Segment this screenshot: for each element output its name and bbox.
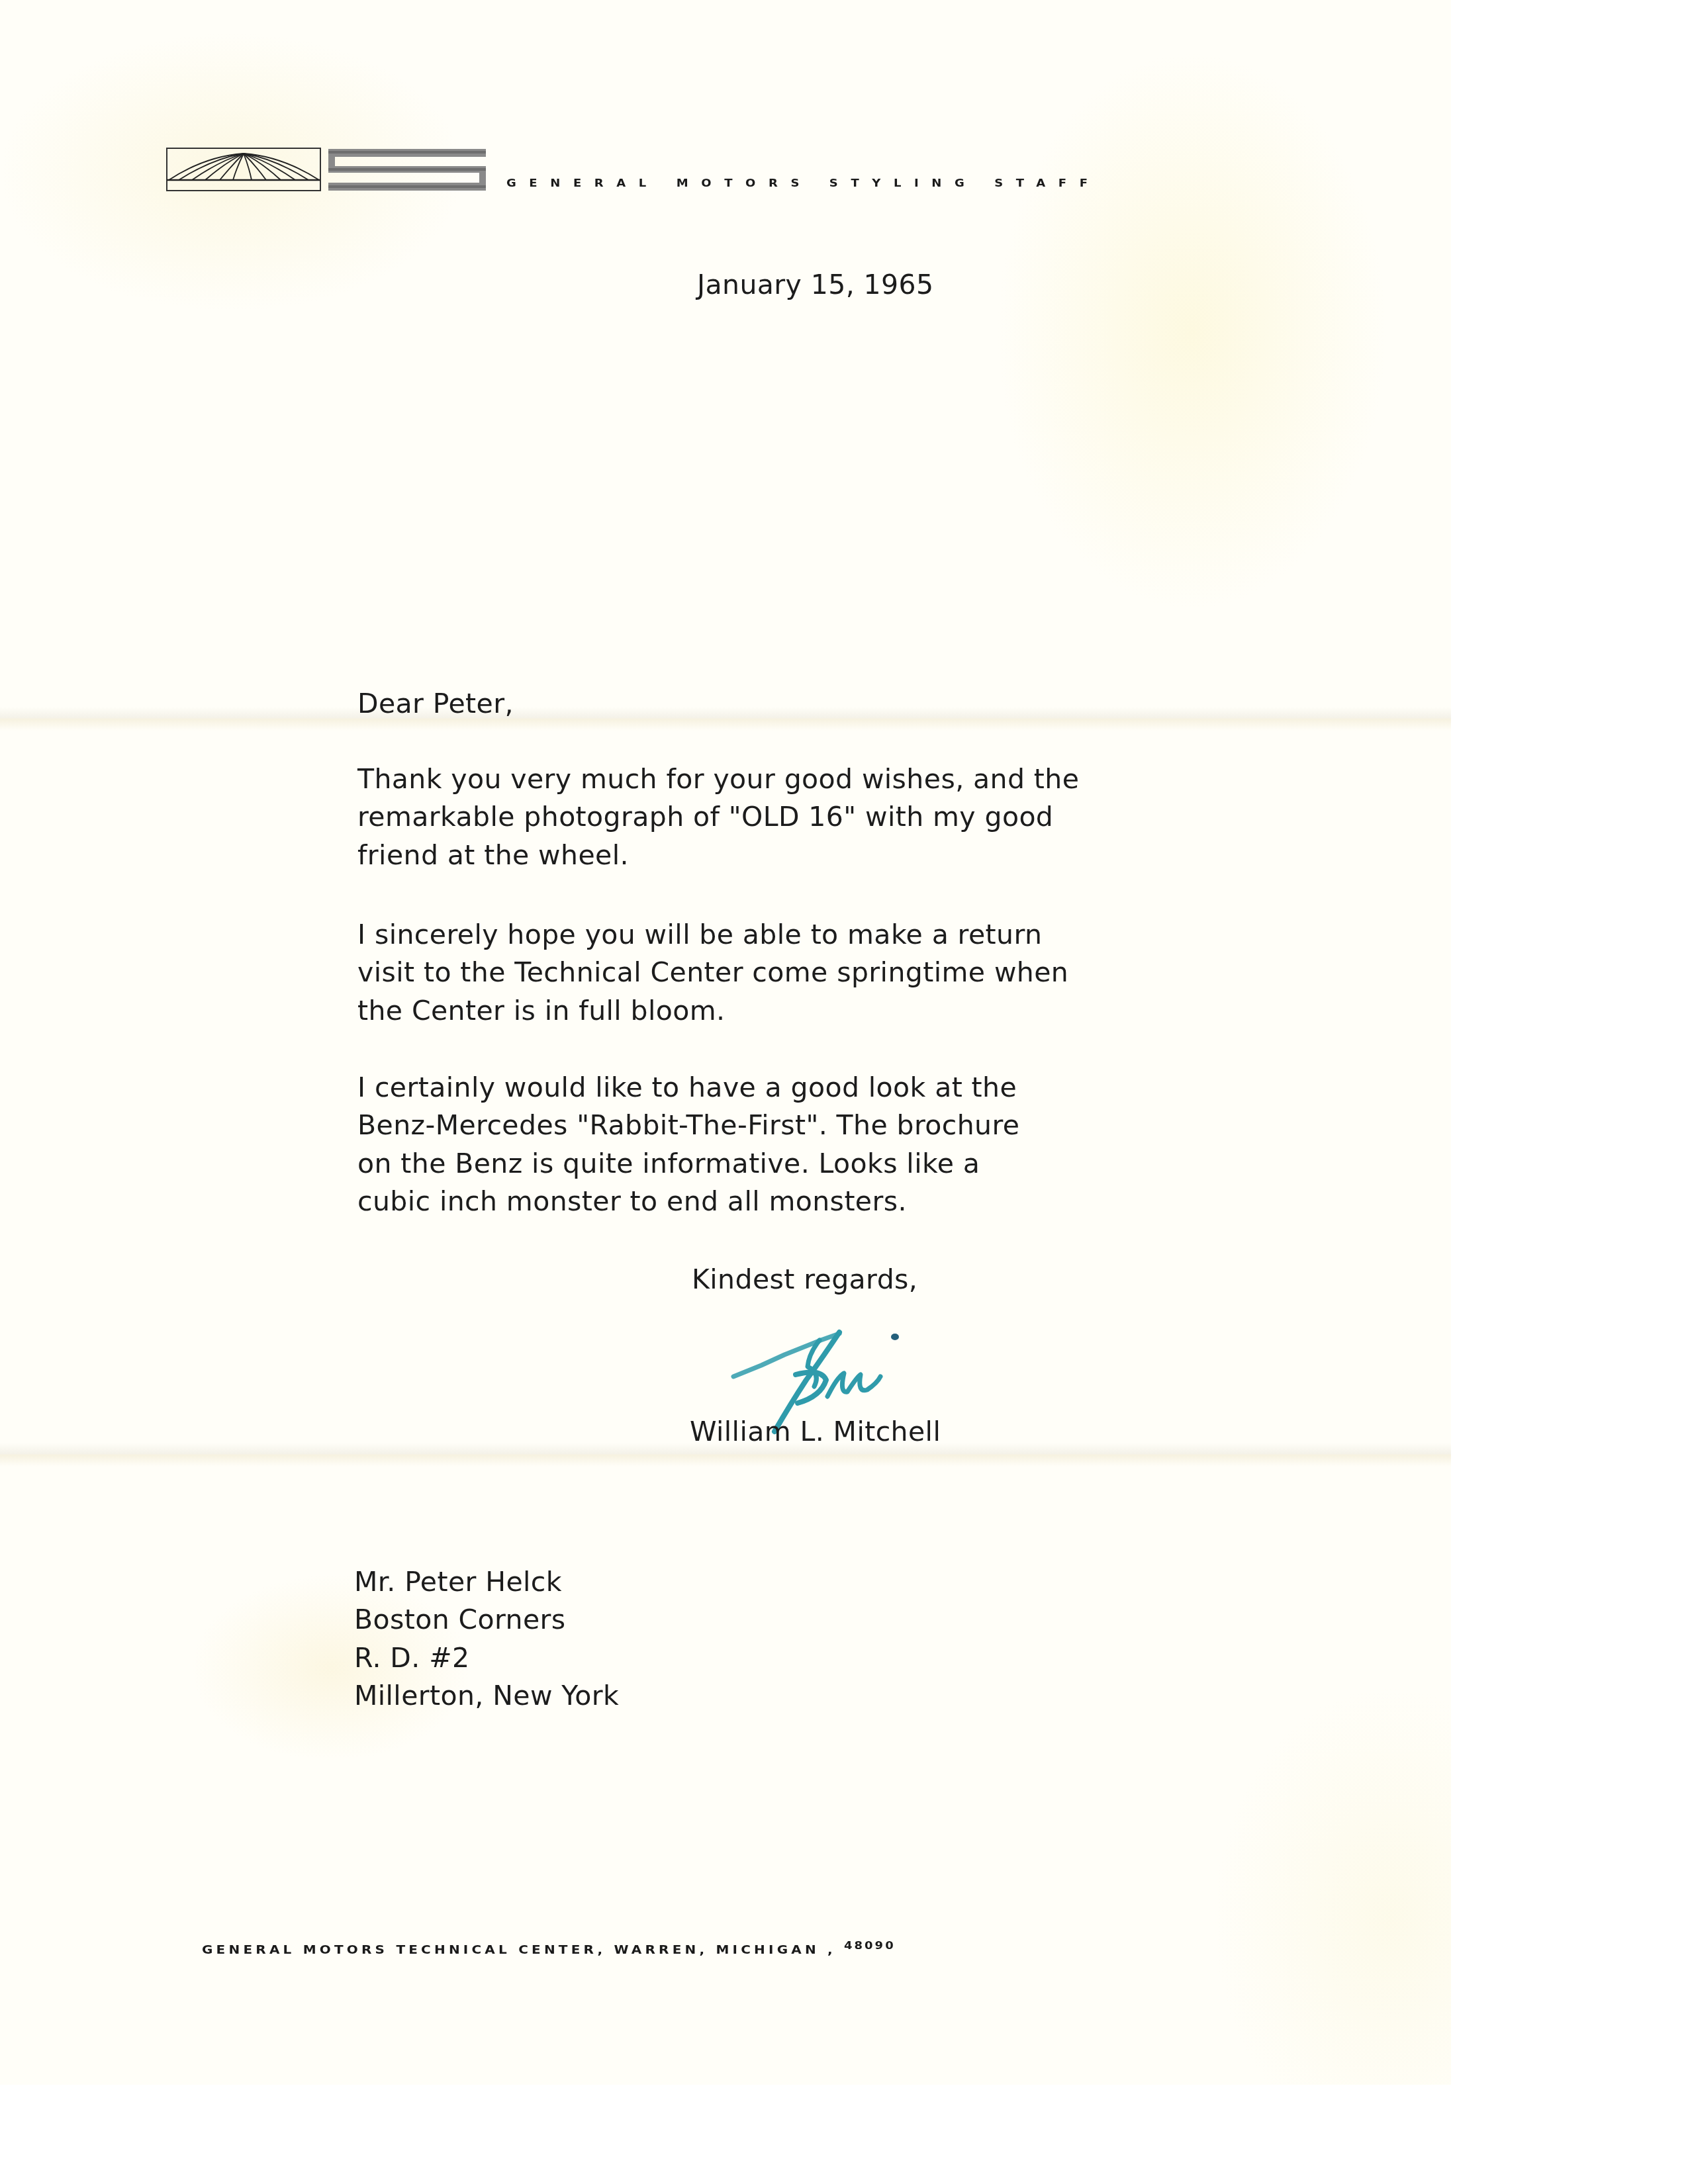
body-line: Benz-Mercedes "Rabbit-The-First". The br…	[357, 1107, 1019, 1144]
footer-address-text: GENERAL MOTORS TECHNICAL CENTER, WARREN,…	[202, 1943, 836, 1956]
body-paragraph-2: I sincerely hope you will be able to mak…	[357, 916, 1068, 1030]
letter-paper: GENERAL MOTORS STYLING STAFF January 15,…	[0, 0, 1451, 2085]
body-line: remarkable photograph of "OLD 16" with m…	[357, 798, 1079, 836]
address-line: Mr. Peter Helck	[354, 1563, 619, 1601]
recipient-address: Mr. Peter Helck Boston Corners R. D. #2 …	[354, 1563, 619, 1715]
letterhead-title: GENERAL MOTORS STYLING STAFF	[506, 177, 1101, 191]
body-paragraph-3: I certainly would like to have a good lo…	[357, 1069, 1019, 1220]
body-line: cubic inch monster to end all monsters.	[357, 1183, 1019, 1220]
body-line: I sincerely hope you will be able to mak…	[357, 916, 1068, 954]
address-line: Millerton, New York	[354, 1677, 619, 1715]
address-line: Boston Corners	[354, 1601, 619, 1639]
body-line: visit to the Technical Center come sprin…	[357, 954, 1068, 991]
salutation: Dear Peter,	[357, 685, 514, 723]
letter-date: January 15, 1965	[697, 266, 933, 304]
signer-name: William L. Mitchell	[690, 1413, 941, 1451]
body-line: on the Benz is quite informative. Looks …	[357, 1145, 1019, 1183]
body-line: the Center is in full bloom.	[357, 992, 1068, 1030]
body-line: I certainly would like to have a good lo…	[357, 1069, 1019, 1107]
letterhead-footer-address: GENERAL MOTORS TECHNICAL CENTER, WARREN,…	[202, 1942, 896, 1958]
footer-zip: 48090	[844, 1940, 896, 1952]
address-line: R. D. #2	[354, 1639, 619, 1677]
body-paragraph-1: Thank you very much for your good wishes…	[357, 760, 1079, 874]
paper-fold-crease	[0, 707, 1451, 731]
body-line: Thank you very much for your good wishes…	[357, 760, 1079, 798]
closing: Kindest regards,	[692, 1261, 917, 1298]
gm-styling-dome-logo-icon	[165, 147, 490, 193]
body-line: friend at the wheel.	[357, 837, 1079, 874]
